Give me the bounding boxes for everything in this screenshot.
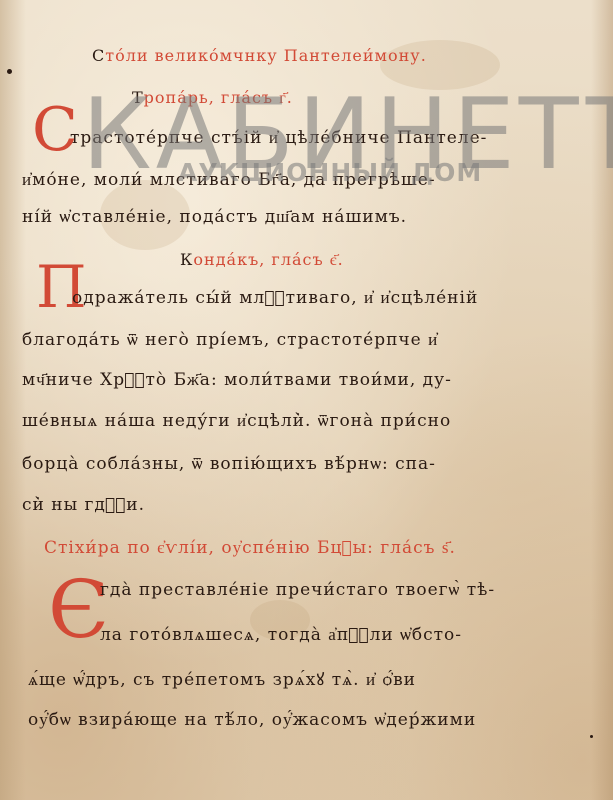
troparion-line: и҆мо́не, моли́ млcтиваго Бг҃а, да прегрѣ… — [22, 170, 613, 190]
kontakion-line: одража́тель сы́й млⷭ҇тиваго, и҆ и҆сцѣле́… — [72, 288, 613, 308]
page-edge-left — [0, 0, 26, 800]
kontakion-line: борца̀ собла́зны, ѿ вопію́щихъ вѣ́рнѡ: с… — [22, 454, 613, 474]
ink-speck — [590, 735, 593, 738]
page-title: Сто́ли велико́мчнку Пантелеи́мону. — [92, 46, 613, 65]
manuscript-page: Сто́ли велико́мчнку Пантелеи́мону. Тропа… — [0, 0, 613, 800]
troparion-heading-text: ропа́рь, гла́съ г҃. — [144, 88, 293, 107]
sticheron-line: гда̀ преставле́ніе пречи́стаго твоегѡ̀ т… — [100, 580, 613, 600]
sticheron-line: ѧ́ще ѡ҆́дръ, съ тре́петомъ зрѧ́хꙋ тѧ̀. и… — [28, 667, 613, 690]
troparion-line: ні́й ѡ҆ставле́ніе, пода́стъ дш҃ам на́шим… — [22, 207, 613, 227]
kontakion-line: мч҃ниче Хрⷭ҇то̀ Бж҃а: моли́твами твои́ми… — [22, 370, 613, 390]
kontakion-line: благода́ть ѿ него̀ прі́емъ, страстоте́рп… — [22, 330, 613, 350]
troparion-heading-first-letter: Т — [132, 88, 144, 107]
title-first-letter: С — [92, 46, 105, 65]
sticheron-heading: Стіхи́ра по є҆ѵлі́и, оу҆спе́нію Бцⷣы: гл… — [44, 538, 613, 558]
kontakion-heading-text: онда́къ, гла́съ є҃. — [193, 250, 343, 269]
kontakion-heading-first-letter: К — [180, 250, 193, 269]
sticheron-line: ла гото́влѧшесѧ, тогда̀ а҆пⷭ҇ли ѡ҆бсто- — [100, 625, 613, 645]
troparion-heading: Тропа́рь, гла́съ г҃. — [132, 88, 613, 108]
kontakion-heading: Конда́къ, гла́съ є҃. — [180, 250, 613, 270]
kontakion-line: ше́вныѧ на́ша неду́ги и҆сцѣли̇̀. ѿгона̀ … — [22, 411, 613, 431]
sticheron-line: оу҆́бѡ взира́юще на тѣ́ло, оу҆́жасомъ ѡ҆… — [28, 710, 613, 730]
ink-speck — [7, 69, 12, 74]
troparion-line: трастоте́рпче стъ́ій и҆ цѣле́бниче Панте… — [70, 128, 613, 148]
kontakion-line: си̇̀ ны гдⷭ҇и. — [22, 495, 613, 515]
title-text: то́ли велико́мчнку Пантелеи́мону. — [105, 46, 427, 65]
